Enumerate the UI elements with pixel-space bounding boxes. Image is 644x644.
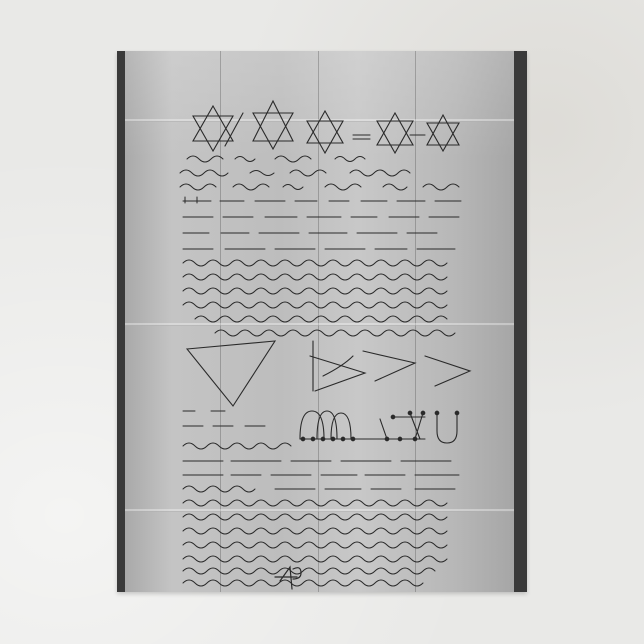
linked-circles-diagram xyxy=(300,411,459,443)
hexagram-icon xyxy=(427,115,459,151)
triangle-diagram xyxy=(187,341,470,406)
hexagram-icon xyxy=(377,113,413,153)
upper-text-block xyxy=(180,156,461,336)
hexagram-icon xyxy=(225,101,293,149)
manuscript-paper xyxy=(125,51,514,592)
lower-text-block xyxy=(183,461,459,586)
hexagram-icon xyxy=(193,106,233,151)
manuscript-ink xyxy=(125,51,514,592)
hexagram-icon xyxy=(307,111,343,153)
postcard xyxy=(117,51,527,592)
